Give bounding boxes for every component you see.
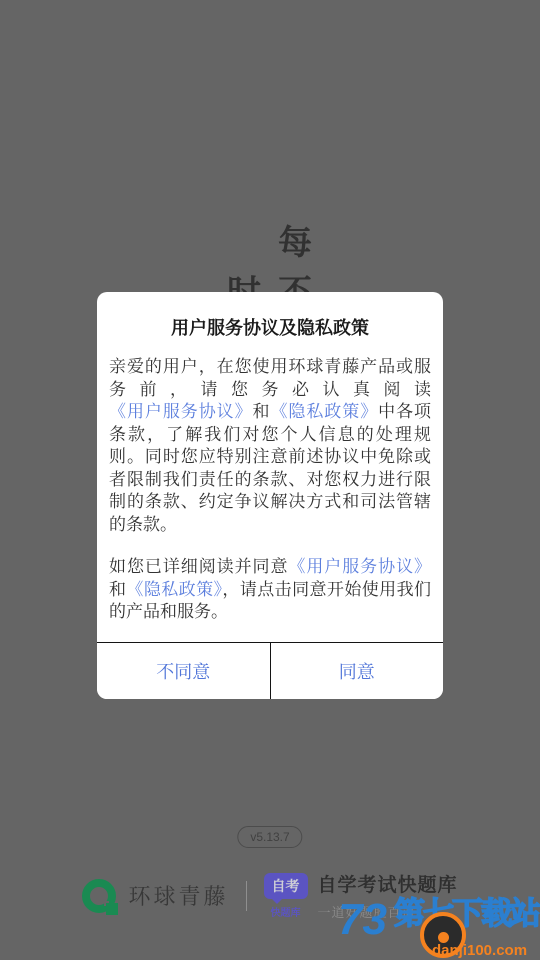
- agree-button[interactable]: 同意: [271, 643, 444, 699]
- user-agreement-link-2[interactable]: 《用户服务协议》: [288, 557, 431, 576]
- privacy-policy-link[interactable]: 《隐私政策》: [270, 402, 378, 421]
- product-title: 自学考试快题库: [318, 870, 458, 897]
- p1-text-1: 亲爱的用户，在您使用环球青藤产品或服务前，请您务必认真阅读: [109, 357, 431, 399]
- p2-text-2: 和: [109, 580, 126, 599]
- self-exam-badge: 自考: [264, 873, 308, 899]
- privacy-policy-dialog: 用户服务协议及隐私政策 亲爱的用户，在您使用环球青藤产品或服务前，请您务必认真阅…: [97, 292, 443, 699]
- brand-row: 环球青藤 自考 快题库 自学考试快题库 一道好题胜百道: [0, 870, 540, 921]
- dialog-content: 用户服务协议及隐私政策 亲爱的用户，在您使用环球青藤产品或服务前，请您务必认真阅…: [97, 292, 443, 642]
- watermark-url: danji100.com: [432, 942, 527, 959]
- brand-name: 环球青藤: [128, 880, 228, 911]
- disagree-button[interactable]: 不同意: [97, 643, 271, 699]
- brand-divider: [246, 881, 247, 911]
- product-text: 自学考试快题库 一道好题胜百道: [318, 870, 458, 921]
- p1-text-3: 中各项条款，了解我们对您个人信息的处理规则。同时您应特别注意前述协议中免除或者限…: [109, 402, 431, 534]
- app-splash-screen: 每 时 不 v5.13.7 环球青藤 自考 快题库 自学考试快题库 一道好题胜百…: [0, 0, 540, 960]
- dialog-title: 用户服务协议及隐私政策: [109, 314, 431, 340]
- dialog-paragraph-2: 如您已详细阅读并同意《用户服务协议》和《隐私政策》，请点击同意开始使用我们的产品…: [109, 556, 431, 624]
- watermark-disc-dot: [438, 932, 449, 943]
- privacy-policy-link-2[interactable]: 《隐私政策》: [126, 580, 222, 599]
- p1-text-2: 和: [253, 402, 271, 421]
- version-badge: v5.13.7: [237, 826, 302, 848]
- exam-badge-sub-label: 快题库: [271, 904, 301, 919]
- logo-tab: [106, 903, 118, 915]
- dialog-paragraph-1: 亲爱的用户，在您使用环球青藤产品或服务前，请您务必认真阅读《用户服务协议》和《隐…: [109, 356, 431, 536]
- product-subtitle: 一道好题胜百道: [318, 902, 458, 921]
- slogan-char-1: 每: [278, 226, 312, 260]
- p2-text-1: 如您已详细阅读并同意: [109, 557, 288, 576]
- globe-vine-logo-icon: [82, 879, 116, 913]
- user-agreement-link[interactable]: 《用户服务协议》: [109, 402, 253, 421]
- dialog-button-row: 不同意 同意: [97, 642, 443, 699]
- exam-badge-stack: 自考 快题库: [264, 873, 308, 919]
